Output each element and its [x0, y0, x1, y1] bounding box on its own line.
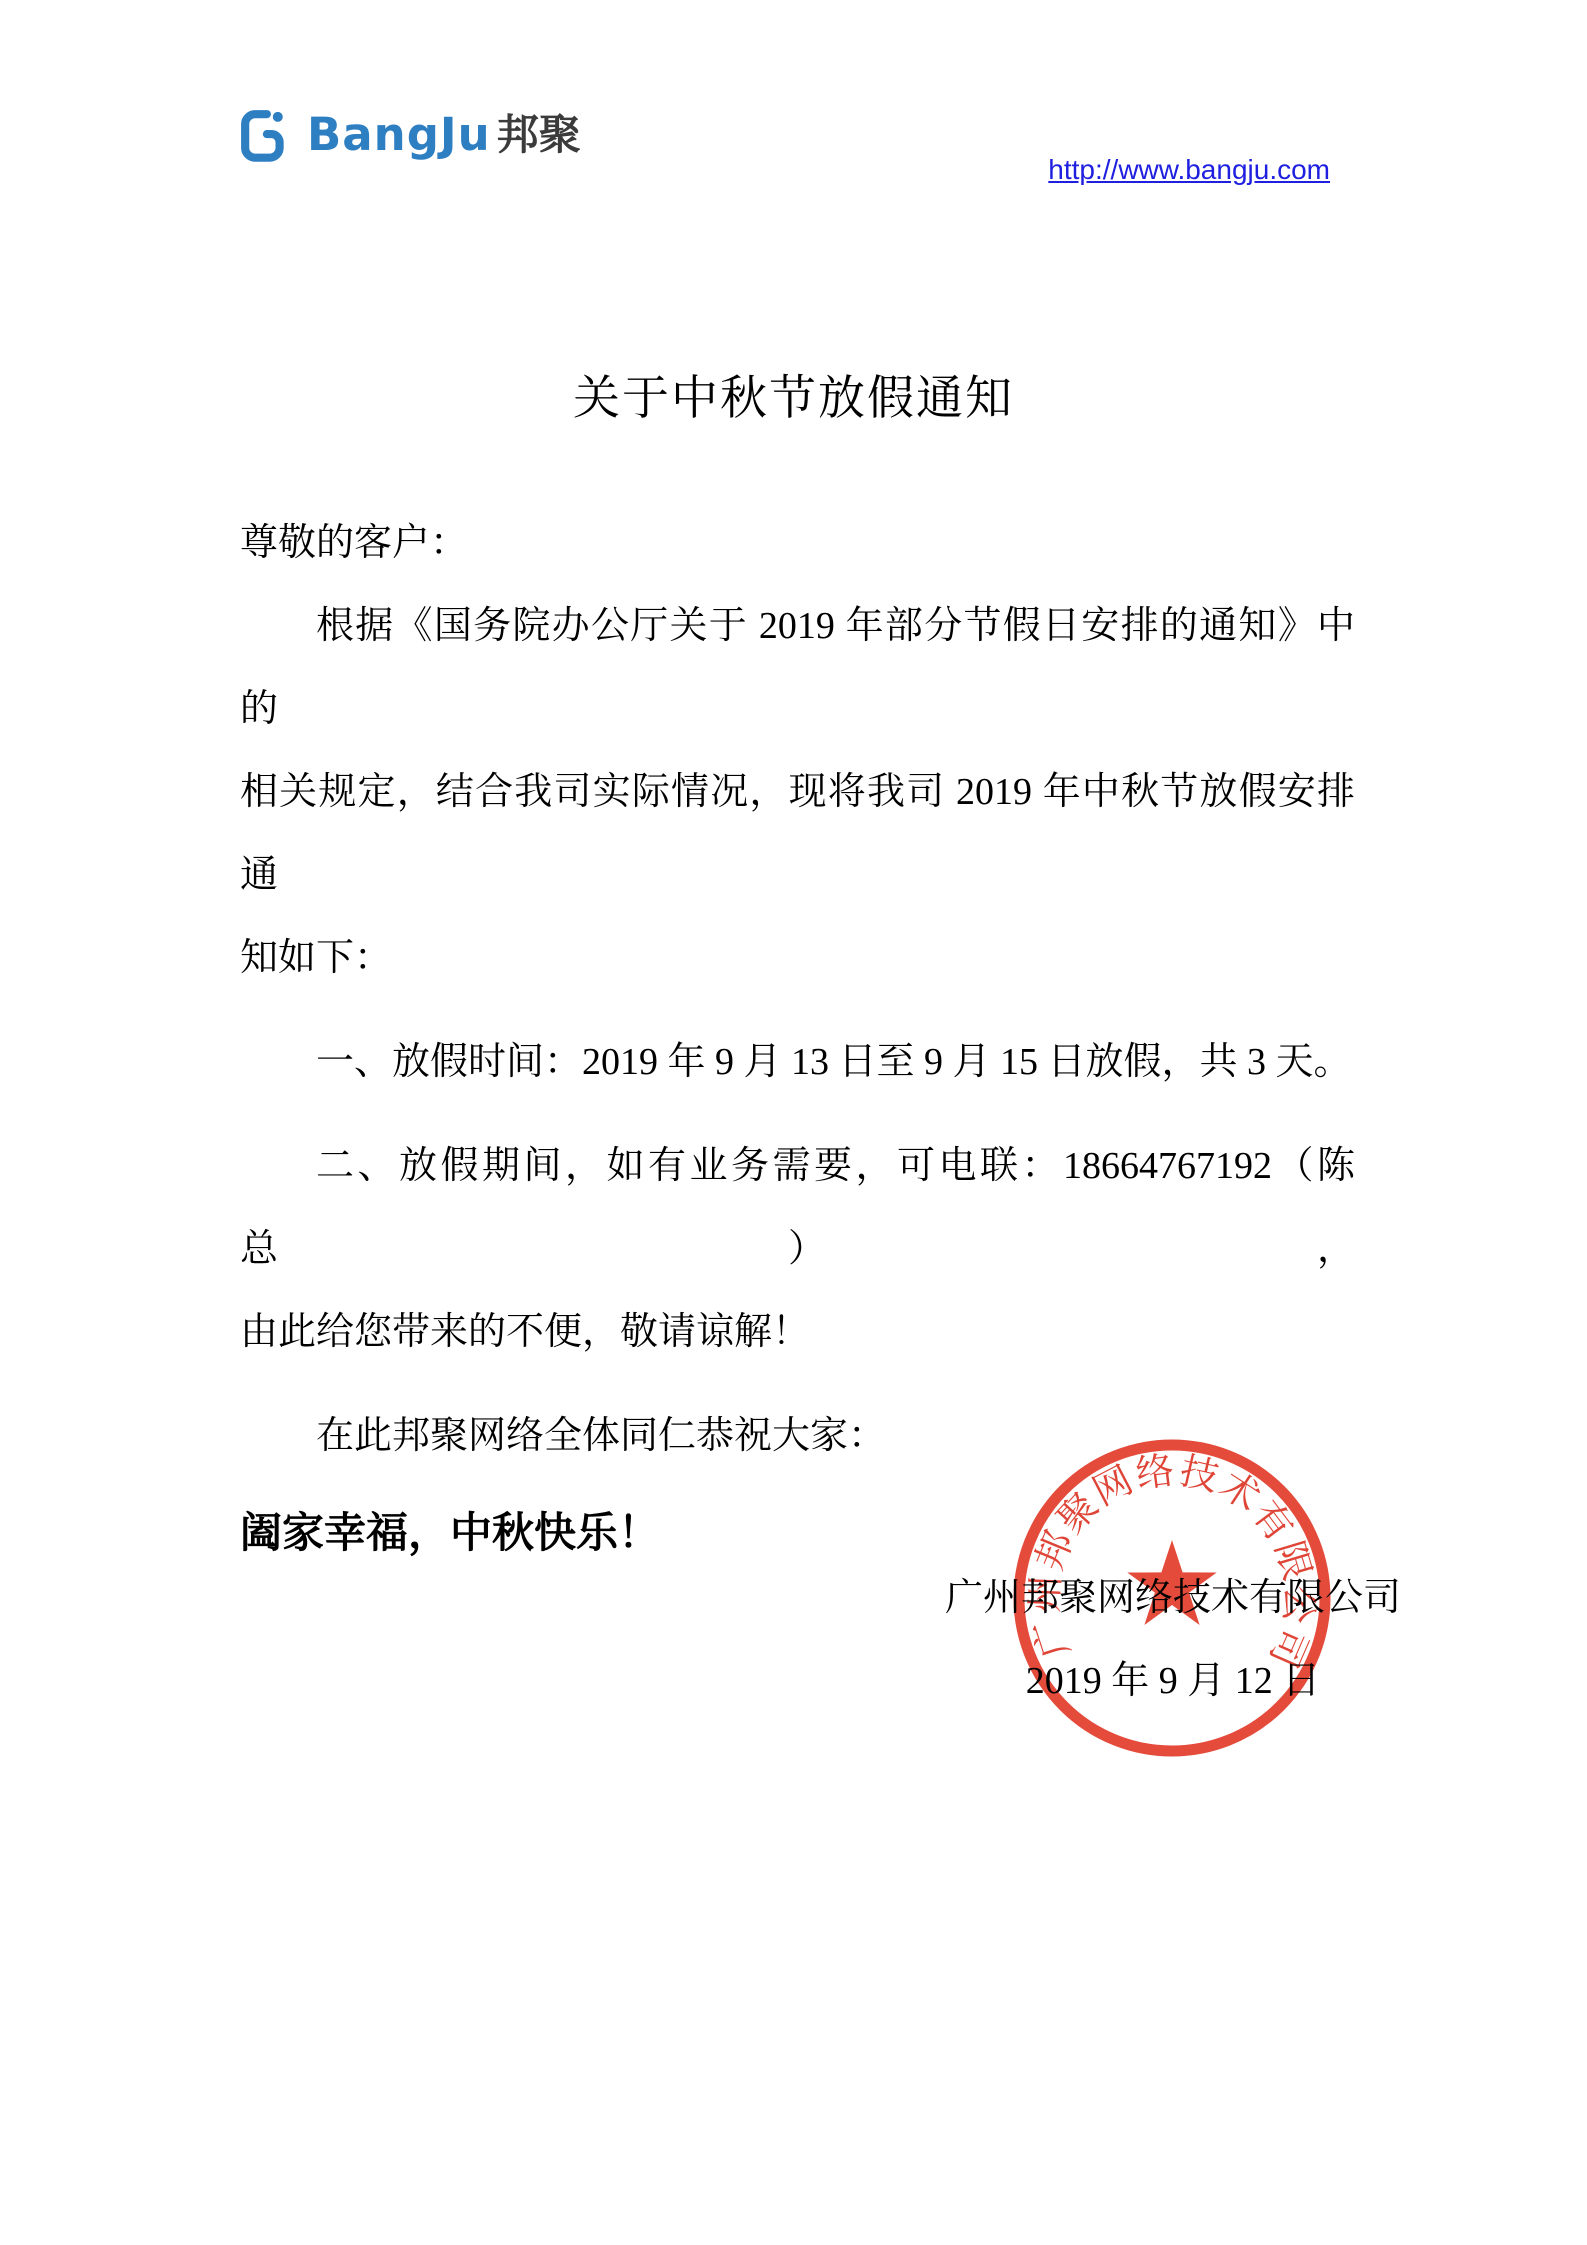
body-line: 尊敬的客户： [240, 502, 1355, 585]
logo-text-latin: BangJu [307, 106, 491, 164]
paragraph: 一、放假时间：2019 年 9 月 13 日至 9 月 15 日放假，共 3 天… [240, 1021, 1355, 1104]
signature-company: 广州邦聚网络技术有限公司 [873, 1575, 1473, 1621]
paragraph: 尊敬的客户： [240, 502, 1355, 585]
document-page: BangJu 邦聚 http://www.bangju.com 关于中秋节放假通… [0, 0, 1587, 2245]
document-title: 关于中秋节放假通知 [0, 370, 1587, 428]
signature-date: 2019 年 9 月 12 日 [873, 1658, 1473, 1704]
bangju-logo-icon [237, 106, 295, 164]
company-logo: BangJu 邦聚 [237, 106, 581, 164]
body-line: 相关规定，结合我司实际情况，现将我司 2019 年中秋节放假安排通 [240, 751, 1355, 917]
paragraph: 二、放假期间，如有业务需要，可电联：18664767192（陈总），由此给您带来… [240, 1125, 1355, 1374]
paragraph: 在此邦聚网络全体同仁恭祝大家： [240, 1395, 1355, 1478]
body-line: 一、放假时间：2019 年 9 月 13 日至 9 月 15 日放假，共 3 天… [240, 1021, 1355, 1104]
closing-wish: 阖家幸福，中秋快乐！ [240, 1504, 1355, 1564]
paragraph: 根据《国务院办公厅关于 2019 年部分节假日安排的通知》中的相关规定，结合我司… [240, 585, 1355, 1000]
body-line: 二、放假期间，如有业务需要，可电联：18664767192（陈总）， [240, 1125, 1355, 1291]
body-line: 由此给您带来的不便，敬请谅解！ [240, 1291, 1355, 1374]
document-body: 尊敬的客户：根据《国务院办公厅关于 2019 年部分节假日安排的通知》中的相关规… [240, 502, 1355, 1564]
body-line: 在此邦聚网络全体同仁恭祝大家： [240, 1395, 1355, 1478]
website-link[interactable]: http://www.bangju.com [1048, 154, 1330, 186]
body-line: 知如下： [240, 917, 1355, 1000]
body-line: 根据《国务院办公厅关于 2019 年部分节假日安排的通知》中的 [240, 585, 1355, 751]
logo-text-cjk: 邦聚 [497, 106, 581, 164]
